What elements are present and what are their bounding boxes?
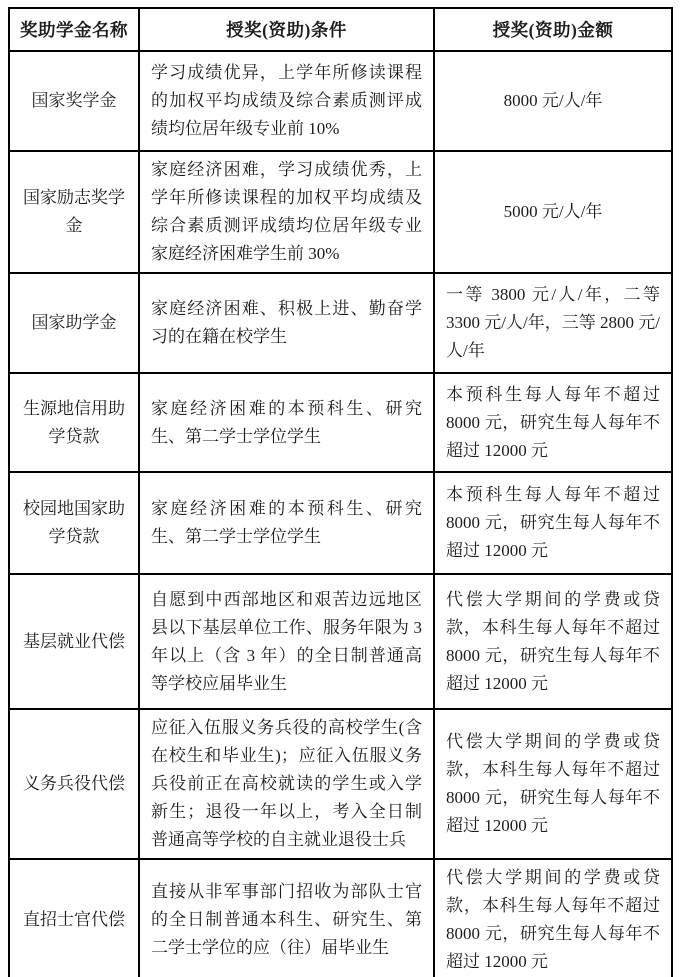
- header-award-amount: 授奖(资助)金额: [434, 8, 672, 51]
- award-amount-cell: 一等 3800 元/人/年，二等 3300 元/人/年，三等 2800 元/人/…: [434, 273, 672, 373]
- award-amount-cell: 代偿大学期间的学费或贷款，本科生每人每年不超过 8000 元，研究生每人每年不超…: [434, 709, 672, 859]
- header-scholarship-name: 奖助学金名称: [9, 8, 139, 51]
- scholarship-name-cell: 生源地信用助学贷款: [9, 373, 139, 472]
- table-header: 奖助学金名称 授奖(资助)条件 授奖(资助)金额: [9, 8, 672, 51]
- table-row: 生源地信用助学贷款家庭经济困难的本预科生、研究生、第二学士学位学生本预科生每人每…: [9, 373, 672, 472]
- award-condition-cell: 家庭经济困难的本预科生、研究生、第二学士学位学生: [139, 373, 434, 472]
- scholarship-name-cell: 基层就业代偿: [9, 574, 139, 709]
- scholarship-name-cell: 义务兵役代偿: [9, 709, 139, 859]
- scholarship-name-cell: 国家励志奖学金: [9, 151, 139, 273]
- table-row: 国家奖学金学习成绩优异，上学年所修读课程的加权平均成绩及综合素质测评成绩均位居年…: [9, 51, 672, 151]
- scholarship-name-cell: 国家助学金: [9, 273, 139, 373]
- award-amount-cell: 本预科生每人每年不超过 8000 元，研究生每人每年不超过 12000 元: [434, 373, 672, 472]
- award-amount-cell: 代偿大学期间的学费或贷款，本科生每人每年不超过 8000 元，研究生每人每年不超…: [434, 574, 672, 709]
- award-condition-cell: 应征入伍服义务兵役的高校学生(含在校生和毕业生)；应征入伍服义务兵役前正在高校就…: [139, 709, 434, 859]
- table-row: 直招士官代偿直接从非军事部门招收为部队士官的全日制普通本科生、研究生、第二学士学…: [9, 859, 672, 977]
- table-row: 校园地国家助学贷款家庭经济困难的本预科生、研究生、第二学士学位学生本预科生每人每…: [9, 472, 672, 574]
- award-condition-cell: 家庭经济困难，学习成绩优秀，上学年所修读课程的加权平均成绩及综合素质测评成绩均位…: [139, 151, 434, 273]
- scholarship-name-cell: 国家奖学金: [9, 51, 139, 151]
- table-row: 义务兵役代偿应征入伍服义务兵役的高校学生(含在校生和毕业生)；应征入伍服义务兵役…: [9, 709, 672, 859]
- award-condition-cell: 直接从非军事部门招收为部队士官的全日制普通本科生、研究生、第二学士学位的应（往）…: [139, 859, 434, 977]
- award-condition-cell: 自愿到中西部地区和艰苦边远地区县以下基层单位工作、服务年限为 3 年以上（含 3…: [139, 574, 434, 709]
- award-condition-cell: 学习成绩优异，上学年所修读课程的加权平均成绩及综合素质测评成绩均位居年级专业前 …: [139, 51, 434, 151]
- scholarship-name-cell: 直招士官代偿: [9, 859, 139, 977]
- award-amount-cell: 8000 元/人/年: [434, 51, 672, 151]
- header-row: 奖助学金名称 授奖(资助)条件 授奖(资助)金额: [9, 8, 672, 51]
- scholarship-table-body: 国家奖学金学习成绩优异，上学年所修读课程的加权平均成绩及综合素质测评成绩均位居年…: [9, 51, 672, 977]
- header-award-condition: 授奖(资助)条件: [139, 8, 434, 51]
- award-condition-cell: 家庭经济困难的本预科生、研究生、第二学士学位学生: [139, 472, 434, 574]
- award-amount-cell: 本预科生每人每年不超过 8000 元，研究生每人每年不超过 12000 元: [434, 472, 672, 574]
- scholarship-table: 奖助学金名称 授奖(资助)条件 授奖(资助)金额 国家奖学金学习成绩优异，上学年…: [8, 7, 673, 977]
- scholarship-table-container: 奖助学金名称 授奖(资助)条件 授奖(资助)金额 国家奖学金学习成绩优异，上学年…: [8, 7, 671, 977]
- award-condition-cell: 家庭经济困难、积极上进、勤奋学习的在籍在校学生: [139, 273, 434, 373]
- award-amount-cell: 5000 元/人/年: [434, 151, 672, 273]
- scholarship-name-cell: 校园地国家助学贷款: [9, 472, 139, 574]
- table-row: 基层就业代偿自愿到中西部地区和艰苦边远地区县以下基层单位工作、服务年限为 3 年…: [9, 574, 672, 709]
- award-amount-cell: 代偿大学期间的学费或贷款，本科生每人每年不超过 8000 元，研究生每人每年不超…: [434, 859, 672, 977]
- table-row: 国家励志奖学金家庭经济困难，学习成绩优秀，上学年所修读课程的加权平均成绩及综合素…: [9, 151, 672, 273]
- table-row: 国家助学金家庭经济困难、积极上进、勤奋学习的在籍在校学生一等 3800 元/人/…: [9, 273, 672, 373]
